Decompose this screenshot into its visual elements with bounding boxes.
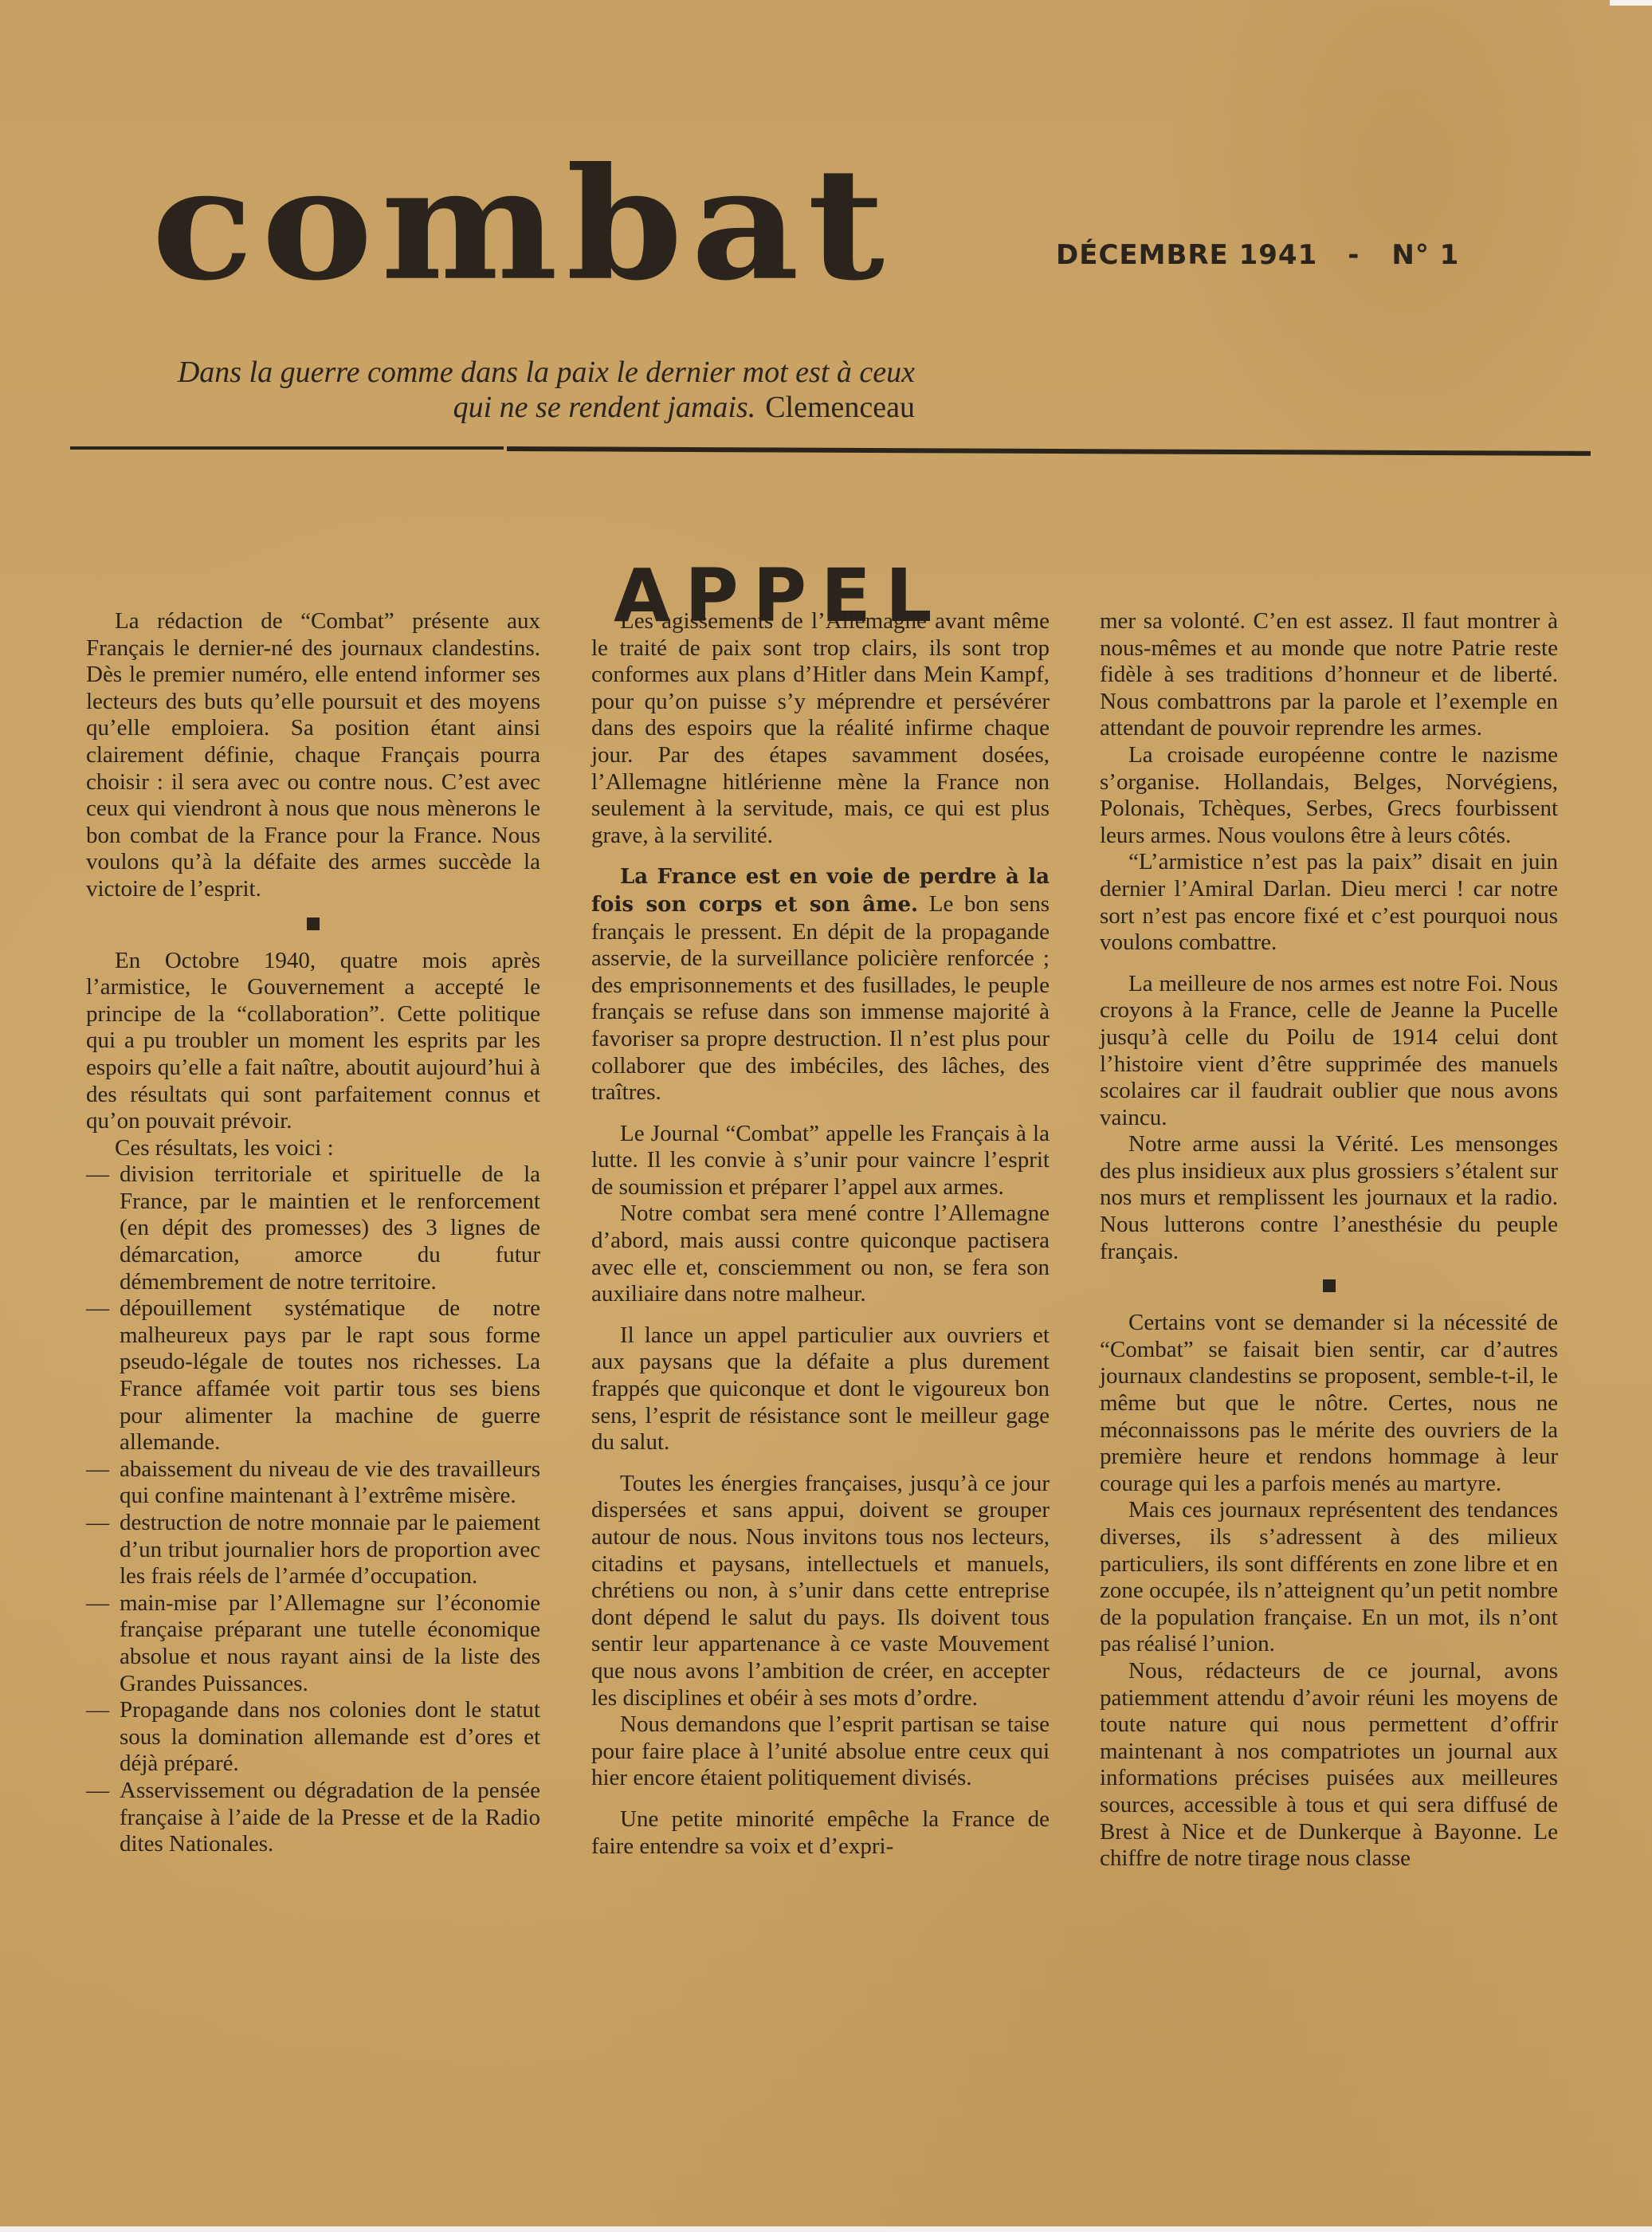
paragraph: Il lance un appel particulier aux ouvrie… <box>591 1322 1050 1456</box>
results-list: division territoriale et spirituelle de … <box>86 1161 540 1857</box>
paragraph: La meilleure de nos armes est notre Foi.… <box>1100 971 1558 1132</box>
section-ornament <box>1323 1279 1336 1292</box>
paragraph: Certains vont se demander si la nécessit… <box>1100 1310 1558 1497</box>
paragraph: Une petite minorité empêche la France de… <box>591 1806 1050 1860</box>
epigraph: Dans la guerre comme dans la paix le der… <box>150 355 915 425</box>
paragraph: Le Journal “Combat” appelle les Français… <box>591 1121 1050 1201</box>
paragraph: Toutes les énergies françaises, jusqu’à … <box>591 1471 1050 1711</box>
paragraph: Ces résultats, les voici : <box>86 1135 540 1162</box>
paragraph: “L’armistice n’est pas la paix” disait e… <box>1100 849 1558 956</box>
issue-number: N° 1 <box>1391 239 1459 271</box>
list-item: division territoriale et spirituelle de … <box>86 1161 540 1295</box>
list-item: destruction de notre monnaie par le paie… <box>86 1510 540 1590</box>
issue-date: DÉCEMBRE 1941 <box>1056 239 1317 271</box>
paragraph: Les agissements de l’Allemagne avant mêm… <box>591 608 1050 849</box>
scan-edge <box>1610 0 1652 6</box>
paragraph: Nous demandons que l’esprit partisan se … <box>591 1711 1050 1792</box>
paragraph: En Octobre 1940, quatre mois après l’arm… <box>86 948 540 1135</box>
paragraph: La France est en voie de perdre à la foi… <box>591 863 1050 1106</box>
scan-edge <box>0 2226 1652 2232</box>
newspaper-title: combat <box>151 147 893 301</box>
paragraph: Notre combat sera mené contre l’Allemagn… <box>591 1200 1050 1307</box>
paragraph: Notre arme aussi la Vérité. Les mensonge… <box>1100 1131 1558 1265</box>
issue-separator: - <box>1348 239 1360 271</box>
paragraph: Mais ces journaux représentent des tenda… <box>1100 1497 1558 1658</box>
list-item: abaissement du niveau de vie des travail… <box>86 1456 540 1510</box>
paragraph: Nous, rédacteurs de ce journal, avons pa… <box>1100 1658 1558 1872</box>
masthead-rule-right <box>507 446 1591 456</box>
paragraph: La croisade européenne contre le nazisme… <box>1100 742 1558 849</box>
epigraph-author: Clemenceau <box>765 391 915 424</box>
list-item: main-mise par l’Allemagne sur l’économie… <box>86 1590 540 1697</box>
list-item: dépouillement systématique de notre malh… <box>86 1295 540 1456</box>
column-2: Les agissements de l’Allemagne avant mêm… <box>591 608 1050 1860</box>
paragraph: La rédaction de “Combat” présente aux Fr… <box>86 608 540 903</box>
list-item: Asservissement ou dégradation de la pens… <box>86 1778 540 1858</box>
column-3: mer sa volonté. C’en est assez. Il faut … <box>1100 608 1558 1872</box>
list-item: Propagande dans nos colonies dont le sta… <box>86 1697 540 1778</box>
paragraph: mer sa volonté. C’en est assez. Il faut … <box>1100 608 1558 742</box>
section-ornament <box>307 918 320 930</box>
paragraph-rest: Le bon sens français le pressent. En dép… <box>591 891 1050 1105</box>
issue-info: DÉCEMBRE 1941 - N° 1 <box>1056 239 1459 271</box>
column-1: La rédaction de “Combat” présente aux Fr… <box>86 608 540 1858</box>
masthead-rule-left <box>70 446 504 450</box>
